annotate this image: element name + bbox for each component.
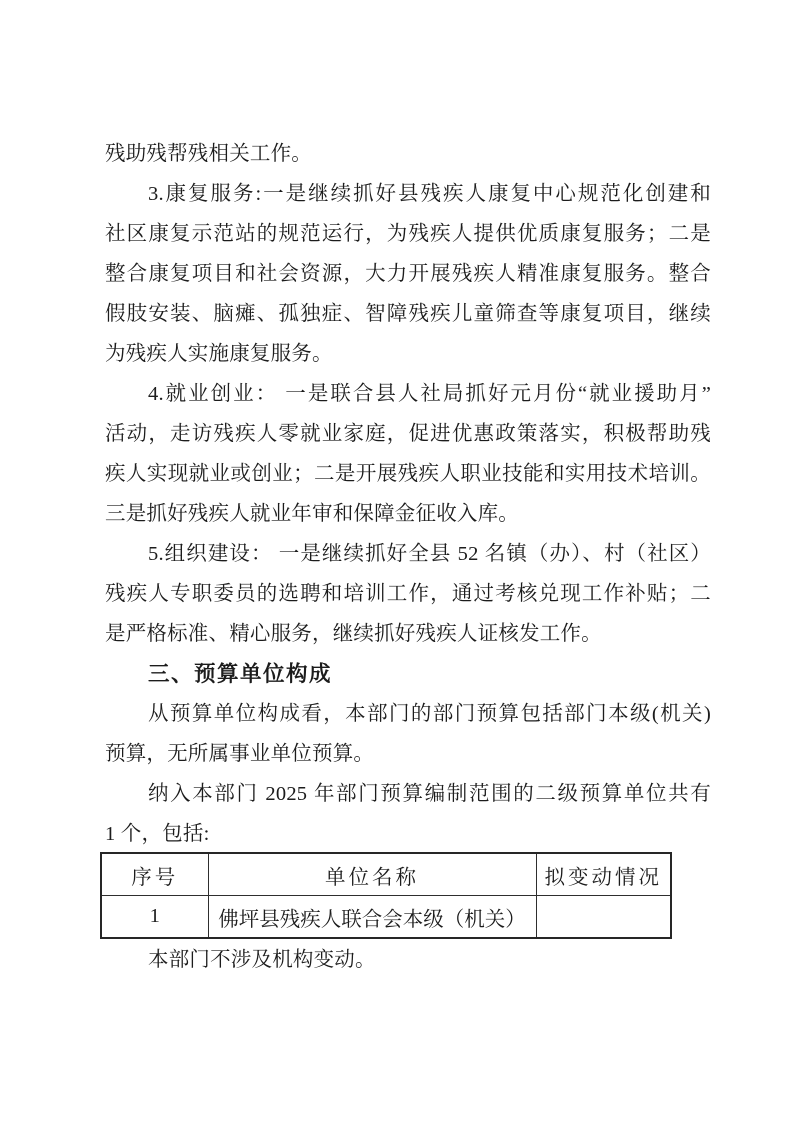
text-line: 4.就业创业： 一是联合县人社局抓好元月份“就业援助月”: [105, 374, 711, 414]
text-line: 三是抓好残疾人就业年审和保障金征收入库。: [105, 494, 711, 534]
text-line: 纳入本部门 2025 年部门预算编制范围的二级预算单位共有: [105, 774, 711, 814]
text-line: 为残疾人实施康复服务。: [105, 334, 711, 374]
text-block: 残助残帮残相关工作。3.康复服务:一是继续抓好县残疾人康复中心规范化创建和社区康…: [105, 134, 711, 854]
table-header-planned-change: 拟变动情况: [536, 853, 671, 896]
text-line: 社区康复示范站的规范运行，为残疾人提供优质康复服务；二是: [105, 214, 711, 254]
table-cell-index: 1: [101, 896, 208, 939]
table-row: 1 佛坪县残疾人联合会本级（机关）: [101, 896, 671, 939]
closing-block: 本部门不涉及机构变动。: [105, 940, 711, 980]
text-line: 疾人实现就业或创业；二是开展残疾人职业技能和实用技术培训。: [105, 454, 711, 494]
text-line: 是严格标准、精心服务，继续抓好残疾人证核发工作。: [105, 614, 711, 654]
text-line: 整合康复项目和社会资源，大力开展残疾人精准康复服务。整合: [105, 254, 711, 294]
text-line: 残助残帮残相关工作。: [105, 134, 711, 174]
text-line: 活动，走访残疾人零就业家庭，促进优惠政策落实，积极帮助残: [105, 414, 711, 454]
text-line: 3.康复服务:一是继续抓好县残疾人康复中心规范化创建和: [105, 174, 711, 214]
table-header-index: 序号: [101, 853, 208, 896]
table-header-unit-name: 单位名称: [208, 853, 536, 896]
text-line: 残疾人专职委员的选聘和培训工作，通过考核兑现工作补贴；二: [105, 574, 711, 614]
text-line: 从预算单位构成看，本部门的部门预算包括部门本级(机关): [105, 694, 711, 734]
table-cell-planned-change: [536, 896, 671, 939]
text-line: 5.组织建设： 一是继续抓好全县 52 名镇（办）、村（社区）: [105, 534, 711, 574]
text-line: 预算，无所属事业单位预算。: [105, 734, 711, 774]
closing-line: 本部门不涉及机构变动。: [105, 940, 711, 980]
document-page: 残助残帮残相关工作。3.康复服务:一是继续抓好县残疾人康复中心规范化创建和社区康…: [0, 0, 792, 1121]
table-header-row: 序号 单位名称 拟变动情况: [101, 853, 671, 896]
section-heading: 三、预算单位构成: [105, 654, 711, 694]
text-line: 1 个，包括:: [105, 814, 711, 854]
budget-units-table: 序号 单位名称 拟变动情况 1 佛坪县残疾人联合会本级（机关）: [100, 852, 672, 939]
table-cell-unit-name: 佛坪县残疾人联合会本级（机关）: [208, 896, 536, 939]
text-line: 假肢安装、脑瘫、孤独症、智障残疾儿童筛查等康复项目，继续: [105, 294, 711, 334]
